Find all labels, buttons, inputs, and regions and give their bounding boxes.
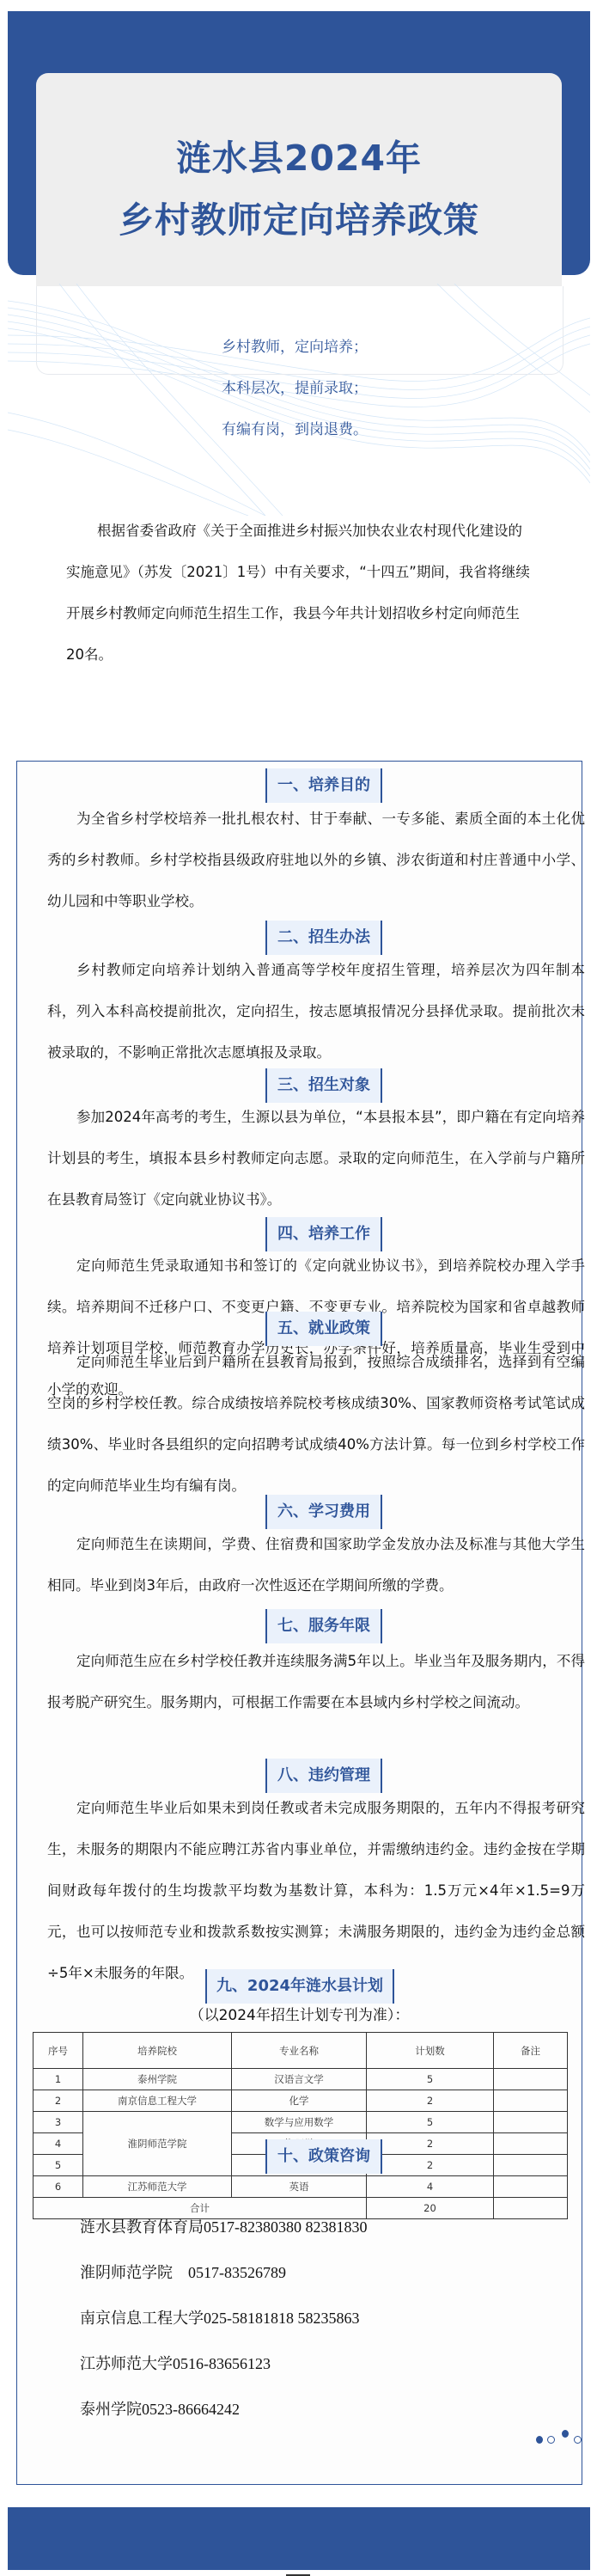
section-heading-7: 七、服务年限 (265, 1609, 382, 1643)
cell-no: 4 (34, 2133, 83, 2155)
cell-major: 数学与应用数学 (232, 2112, 367, 2133)
cell-school: 南京信息工程大学 (83, 2090, 232, 2112)
section-heading-10: 十、政策咨询 (265, 2139, 382, 2174)
intro-paragraph: 根据省委省政府《关于全面推进乡村振兴加快农业农村现代化建设的实施意见》（苏发〔2… (66, 511, 534, 676)
cell-count: 4 (367, 2176, 494, 2198)
cell-no: 2 (34, 2090, 83, 2112)
column-header: 培养院校 (83, 2033, 232, 2069)
section-heading-9: 九、2024年涟水县计划 (205, 1969, 394, 2004)
section-body-6: 定向师范生在读期间，学费、住宿费和国家助学金发放办法及标准与其他大学生相同。毕业… (47, 1524, 585, 1606)
cell-no: 6 (34, 2176, 83, 2198)
cell-major: 英语 (232, 2176, 367, 2198)
section-heading-1: 一、培养目的 (265, 768, 382, 803)
cell-count: 2 (367, 2133, 494, 2155)
cell-remark (494, 2090, 568, 2112)
contact-item: 淮阴师范学院 0517-83526789 (80, 2250, 368, 2296)
cell-no: 3 (34, 2112, 83, 2133)
section-body-1: 为全省乡村学校培养一批扎根农村、甘于奉献、一专多能、素质全面的本土化优秀的乡村教… (47, 798, 585, 922)
page-title-line1: 涟水县2024年 (36, 127, 562, 189)
tagline-line: 本科层次，提前录取； (222, 368, 368, 409)
column-header: 序号 (34, 2033, 83, 2069)
section-body-8: 定向师范生毕业后如果未到岗任教或者未完成服务期限的，五年内不得报考研究生，未服务… (47, 1788, 585, 1994)
cell-count: 2 (367, 2090, 494, 2112)
page-title-line2: 乡村教师定向培养政策 (36, 189, 562, 251)
cell-school: 泰州学院 (83, 2069, 232, 2090)
cell-school: 淮阴师范学院 (83, 2112, 232, 2176)
table-header-row: 序号 培养院校 专业名称 计划数 备注 (34, 2033, 568, 2069)
column-header: 备注 (494, 2033, 568, 2069)
table-row: 1 泰州学院 汉语言文学 5 (34, 2069, 568, 2090)
dot-outline-icon (547, 2436, 555, 2444)
contact-item: 南京信息工程大学025-58181818 58235863 (80, 2296, 368, 2341)
cell-total-remark (494, 2198, 568, 2219)
cell-remark (494, 2069, 568, 2090)
end-mark (286, 2573, 310, 2576)
cell-count: 5 (367, 2112, 494, 2133)
page-title: 涟水县2024年 乡村教师定向培养政策 (36, 127, 562, 251)
contact-item: 江苏师范大学0516-83656123 (80, 2341, 368, 2387)
footer-banner (8, 2507, 590, 2570)
section-body-7: 定向师范生应在乡村学校任教并连续服务满5年以上。毕业当年及服务期内，不得报考脱产… (47, 1641, 585, 1723)
cell-school: 江苏师范大学 (83, 2176, 232, 2198)
cell-remark (494, 2112, 568, 2133)
table-row: 6 江苏师范大学 英语 4 (34, 2176, 568, 2198)
tagline: 乡村教师，定向培养； 本科层次，提前录取； 有编有岗，到岗退费。 (222, 327, 368, 450)
contact-item: 涟水县教育体育局0517-82380380 82381830 (80, 2205, 368, 2250)
cell-no: 1 (34, 2069, 83, 2090)
tagline-line: 有编有岗，到岗退费。 (222, 409, 368, 450)
cell-remark (494, 2155, 568, 2176)
cell-count: 5 (367, 2069, 494, 2090)
plan-table: 序号 培养院校 专业名称 计划数 备注 1 泰州学院 汉语言文学 5 2 南京信… (33, 2032, 568, 2219)
tagline-line: 乡村教师，定向培养； (222, 327, 368, 368)
dot-outline-icon (574, 2436, 582, 2444)
column-header: 计划数 (367, 2033, 494, 2069)
section-body-3: 参加2024年高考的考生，生源以县为单位，“本县报本县”，即户籍在有定向培养计划… (47, 1097, 585, 1221)
cell-major: 化学 (232, 2090, 367, 2112)
section-body-2: 乡村教师定向培养计划纳入普通高等学校年度招生管理，培养层次为四年制本科，列入本科… (47, 950, 585, 1074)
section-heading-5: 五、就业政策 (265, 1312, 382, 1346)
policy-content-box: 一、培养目的 为全省乡村学校培养一批扎根农村、甘于奉献、一专多能、素质全面的本土… (16, 761, 582, 2485)
column-header: 专业名称 (232, 2033, 367, 2069)
cell-major: 汉语言文学 (232, 2069, 367, 2090)
section-body-5: 定向师范生毕业后到户籍所在县教育局报到，按照综合成绩排名，选择到有空编空岗的乡村… (47, 1342, 585, 1507)
decorative-dots (536, 2429, 588, 2446)
dot-filled-icon (536, 2436, 543, 2444)
cell-remark (494, 2133, 568, 2155)
dot-filled-icon (562, 2430, 569, 2438)
table-row: 3 淮阴师范学院 数学与应用数学 5 (34, 2112, 568, 2133)
plan-note: （以2024年招生计划专刊为准）： (17, 2003, 582, 2024)
table-row: 2 南京信息工程大学 化学 2 (34, 2090, 568, 2112)
cell-total-count: 20 (367, 2198, 494, 2219)
contact-list: 涟水县教育体育局0517-82380380 82381830 淮阴师范学院 05… (80, 2205, 368, 2432)
cell-no: 5 (34, 2155, 83, 2176)
cell-remark (494, 2176, 568, 2198)
contact-item: 泰州学院0523-86664242 (80, 2387, 368, 2432)
cell-count: 2 (367, 2155, 494, 2176)
